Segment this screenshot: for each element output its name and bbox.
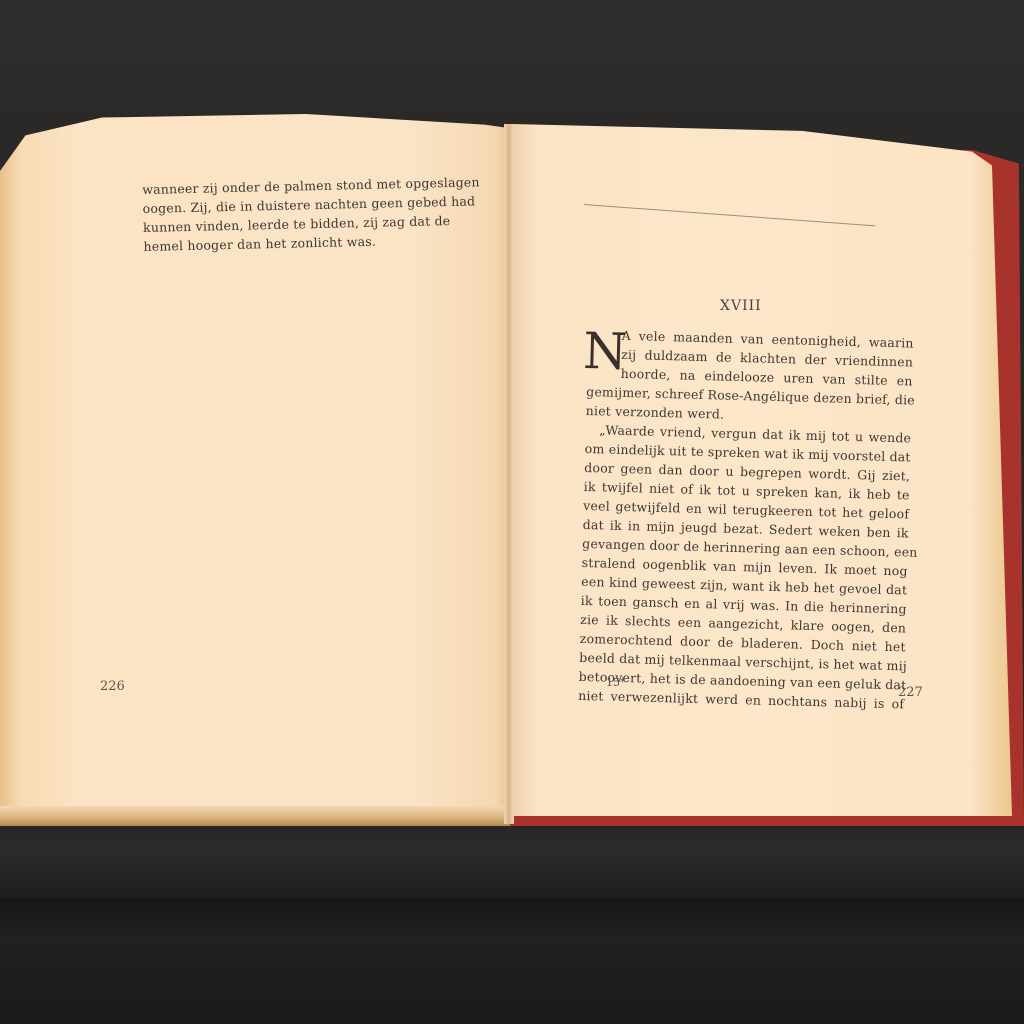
chapter-heading: XVIII — [720, 298, 762, 314]
left-page-text: wanneer zij onder de palmen stond met op… — [142, 173, 450, 256]
page-number-left: 226 — [100, 679, 125, 694]
signature-mark: 15* — [606, 676, 626, 689]
book-gutter — [504, 124, 514, 824]
table-edge — [0, 818, 1024, 898]
table-front — [0, 898, 1024, 1024]
page-number-right: 227 — [898, 685, 923, 700]
left-page-edge — [0, 806, 510, 826]
right-page-text: N A vele maanden van eentonigheid, waari… — [578, 325, 914, 713]
drop-cap: N — [583, 327, 628, 376]
